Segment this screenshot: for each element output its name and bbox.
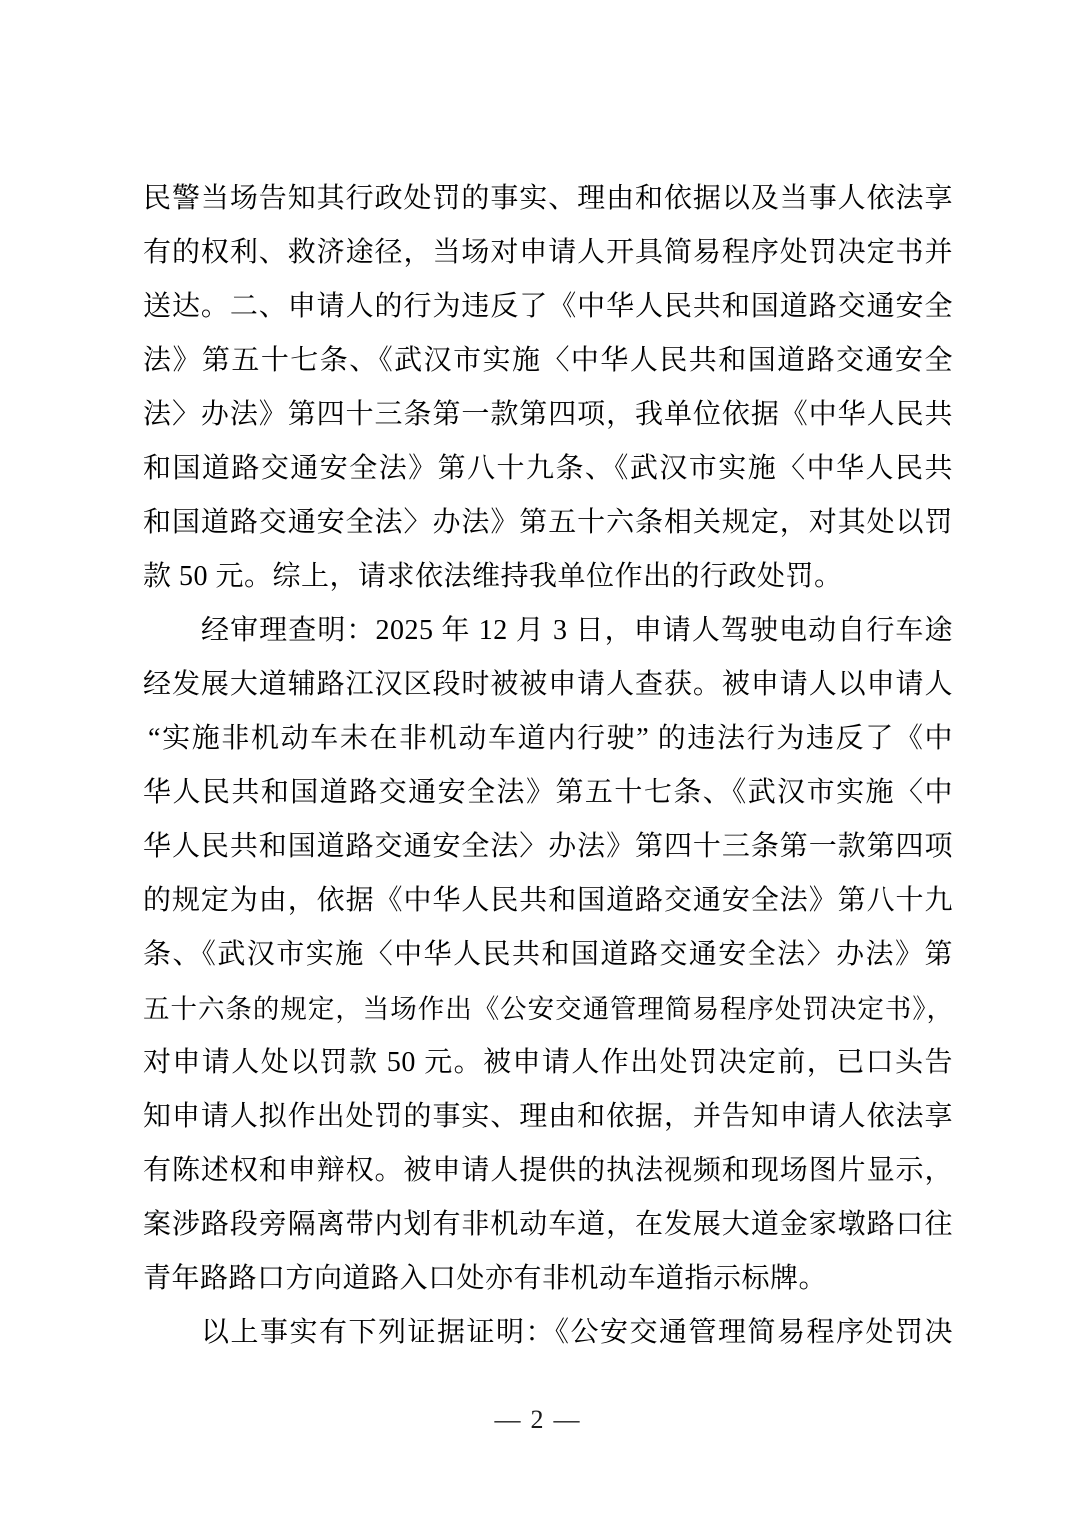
body-line: 知申请人拟作出处罚的事实、理由和依据，并告知申请人依法享 [143, 1090, 953, 1144]
document-page: 民警当场告知其行政处罚的事实、理由和依据以及当事人依法享 有的权利、救济途径，当… [0, 0, 1074, 1520]
body-line: 有陈述权和申辩权。被申请人提供的执法视频和现场图片显示， [143, 1144, 953, 1198]
body-line: 五十六条的规定，当场作出《公安交通管理简易程序处罚决定书》， [143, 982, 953, 1036]
body-line: 有的权利、救济途径，当场对申请人开具简易程序处罚决定书并 [143, 226, 953, 280]
body-line: 条、《武汉市实施〈中华人民共和国道路交通安全法〉办法》第 [143, 928, 953, 982]
footer-dash-left: — [495, 1405, 521, 1434]
body-line-quote: “实施非机动车未在非机动车道内行驶” 的违法行为违反了《中 [143, 712, 953, 766]
page-number: —2— [0, 1405, 1074, 1435]
document-body: 民警当场告知其行政处罚的事实、理由和依据以及当事人依法享 有的权利、救济途径，当… [143, 172, 953, 1360]
page-number-value: 2 [531, 1405, 544, 1434]
body-line-paragraph-start: 以上事实有下列证据证明：《公安交通管理简易程序处罚决 [143, 1306, 953, 1360]
body-line: 和国道路交通安全法〉办法》第五十六条相关规定，对其处以罚 [143, 496, 953, 550]
body-line: 华人民共和国道路交通安全法》第五十七条、《武汉市实施〈中 [143, 766, 953, 820]
body-line: 华人民共和国道路交通安全法〉办法》第四十三条第一款第四项 [143, 820, 953, 874]
body-line-paragraph-start: 经审理查明：2025 年 12 月 3 日，申请人驾驶电动自行车途 [143, 604, 953, 658]
body-line: 送达。二、申请人的行为违反了《中华人民共和国道路交通安全 [143, 280, 953, 334]
body-line-paragraph-end: 款 50 元。综上，请求依法维持我单位作出的行政处罚。 [143, 550, 953, 604]
body-line: 和国道路交通安全法》第八十九条、《武汉市实施〈中华人民共 [143, 442, 953, 496]
body-line: 法》第五十七条、《武汉市实施〈中华人民共和国道路交通安全 [143, 334, 953, 388]
body-line: 法〉办法》第四十三条第一款第四项，我单位依据《中华人民共 [143, 388, 953, 442]
body-line: 的规定为由，依据《中华人民共和国道路交通安全法》第八十九 [143, 874, 953, 928]
body-line-paragraph-end: 青年路路口方向道路入口处亦有非机动车道指示标牌。 [143, 1252, 953, 1306]
body-line: 对申请人处以罚款 50 元。被申请人作出处罚决定前，已口头告 [143, 1036, 953, 1090]
footer-dash-right: — [554, 1405, 580, 1434]
body-line: 案涉路段旁隔离带内划有非机动车道，在发展大道金家墩路口往 [143, 1198, 953, 1252]
body-line: 经发展大道辅路江汉区段时被被申请人查获。被申请人以申请人 [143, 658, 953, 712]
body-line: 民警当场告知其行政处罚的事实、理由和依据以及当事人依法享 [143, 172, 953, 226]
